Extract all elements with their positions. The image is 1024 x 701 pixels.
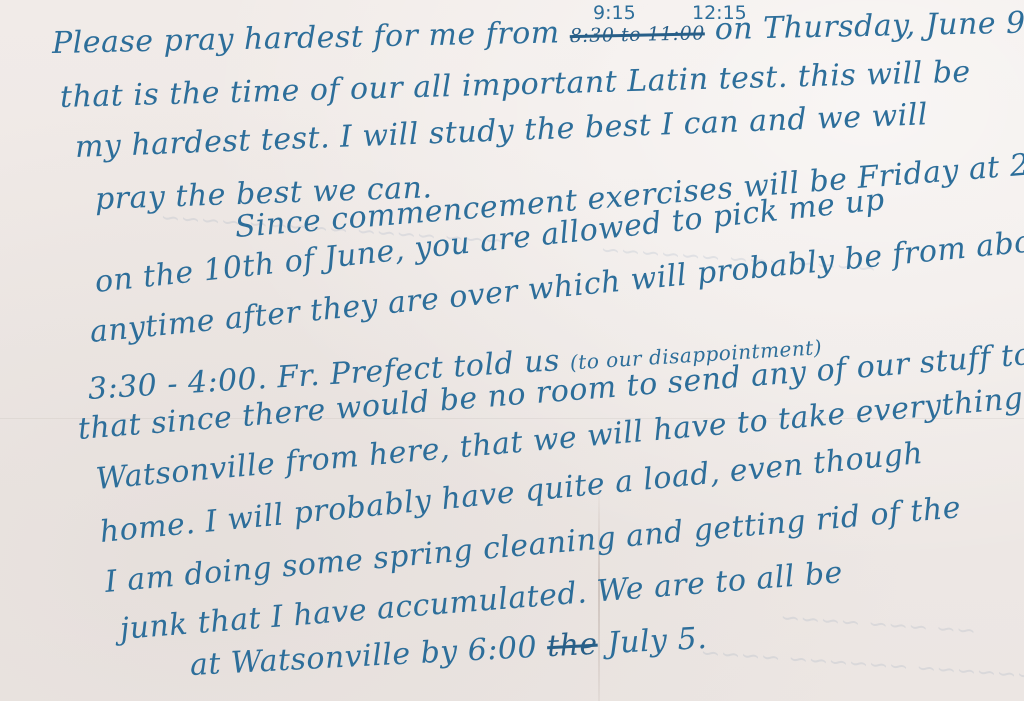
- line-text: July 5.: [607, 621, 708, 661]
- struck-out-word: the: [546, 627, 598, 665]
- line-text: on Thursday, June 9.: [714, 5, 1024, 47]
- struck-out-time: 8:30 to 11:00: [570, 22, 706, 47]
